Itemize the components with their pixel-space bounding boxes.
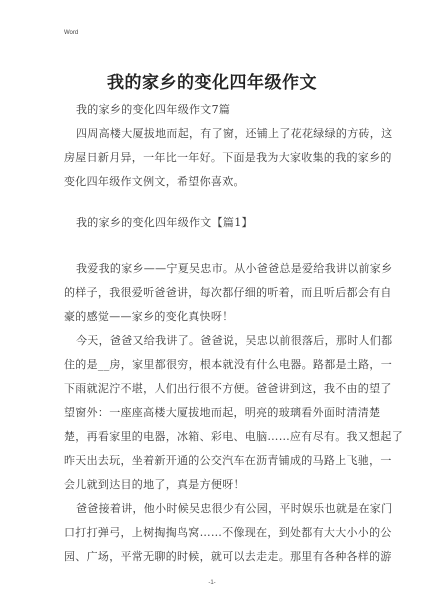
document-title: 我的家乡的变化四年级作文 bbox=[0, 68, 424, 93]
intro-line: 房屋日新月异，一年比一年好。下面是我为大家收集的我的家乡的 bbox=[64, 149, 364, 165]
body-line: 住的是__房，家里都很穷，根本就没有什么电器。路都是土路，一 bbox=[64, 356, 364, 372]
body-line: 口打打弹弓，上树掏掏鸟窝……不像现在，到处都有大大小小的公 bbox=[64, 524, 364, 540]
body-line: 楚，再看家里的电器，冰箱、彩电、电脑……应有尽有。我又想起了 bbox=[64, 428, 364, 444]
intro-line: 变化四年级作文例文，希望你喜欢。 bbox=[64, 173, 364, 189]
body-line: 望窗外：一座座高楼大厦拔地而起，明亮的玻璃看外面时清清楚 bbox=[64, 404, 364, 420]
body-line: 园、广场，平常无聊的时候，就可以去走走。那里有各种各样的游 bbox=[64, 548, 364, 564]
body-line: 我爱我的家乡——宁夏吴忠市。从小爸爸总是爱给我讲以前家乡 bbox=[76, 260, 376, 276]
body-line: 会儿就到达目的地了，真是方便呀！ bbox=[64, 476, 364, 492]
page-number: -1- bbox=[0, 580, 424, 586]
body-line: 的样子，我很爱听爸爸讲，每次都仔细的听着，而且听后都会有自 bbox=[64, 284, 364, 300]
body-line: 下雨就泥泞不堪，人们出行很不方便。爸爸讲到这，我不由的望了 bbox=[64, 380, 364, 396]
intro-line: 四周高楼大厦拔地而起，有了窗，还铺上了花花绿绿的方砖，这 bbox=[76, 125, 376, 141]
body-line: 爸爸接着讲，他小时候吴忠很少有公园，平时娱乐也就是在家门 bbox=[76, 500, 376, 516]
body-line: 今天，爸爸又给我讲了。爸爸说，吴忠以前很落后，那时人们都 bbox=[76, 332, 376, 348]
document-subtitle: 我的家乡的变化四年级作文7篇 bbox=[76, 101, 376, 117]
section-heading: 我的家乡的变化四年级作文【篇1】 bbox=[76, 214, 376, 230]
header-app-label: Word bbox=[64, 30, 78, 36]
body-line: 昨天出去玩，坐着新开通的公交汽车在沥青铺成的马路上飞驰，一 bbox=[64, 452, 364, 468]
body-line: 豪的感觉——家乡的变化真快呀！ bbox=[64, 308, 364, 324]
